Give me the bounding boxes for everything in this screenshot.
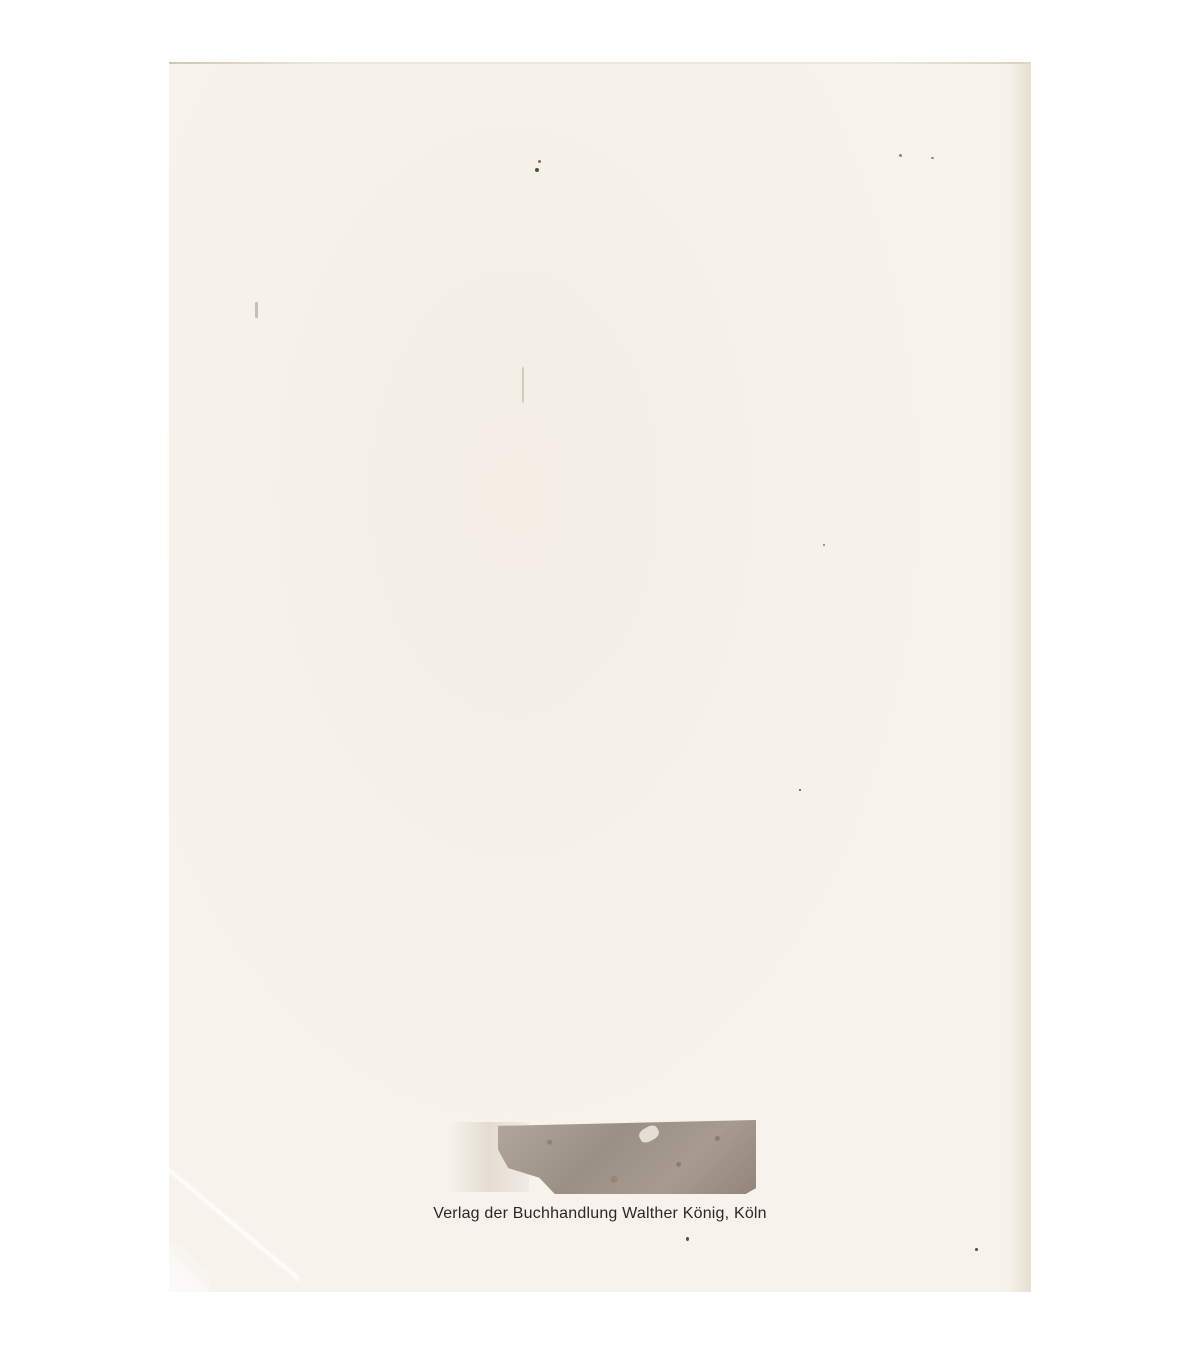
dirt-speck [899, 154, 902, 157]
dirt-speck [686, 1237, 689, 1241]
dirt-speck [799, 789, 801, 791]
book-back-cover: Verlag der Buchhandlung Walther König, K… [169, 62, 1031, 1292]
cover-top-edge [169, 62, 1031, 64]
sticker-residue [498, 1120, 756, 1194]
dirt-speck [931, 157, 934, 159]
dirt-speck [538, 160, 541, 163]
dirt-speck [535, 168, 539, 172]
cover-corner-wear [169, 1242, 209, 1292]
dirt-speck [975, 1248, 978, 1251]
cover-right-edge-shading [1017, 62, 1031, 1292]
publisher-imprint: Verlag der Buchhandlung Walther König, K… [169, 1205, 1031, 1223]
dirt-speck [823, 544, 825, 546]
scuff-mark [255, 302, 258, 318]
scuff-mark [522, 367, 524, 403]
page: Verlag der Buchhandlung Walther König, K… [0, 0, 1200, 1350]
